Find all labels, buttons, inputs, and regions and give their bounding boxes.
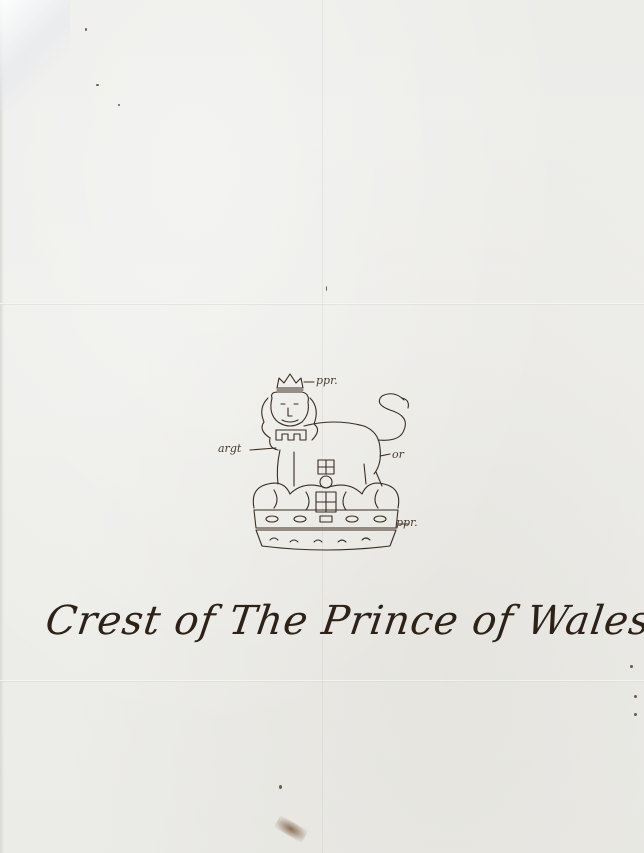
annotation-lion-body: or: [392, 448, 404, 461]
ink-speck: [630, 665, 633, 668]
lion-crown-crest-icon: [214, 368, 434, 568]
corner-crease: [0, 0, 70, 110]
annotation-collar: argt: [218, 442, 241, 455]
annotation-crown-top: ppr.: [316, 374, 338, 387]
ink-speck: [96, 84, 99, 86]
crest-illustration: ppr. argt or ppr.: [214, 368, 434, 568]
ink-speck: [279, 785, 282, 789]
ink-speck: [634, 695, 637, 698]
ink-speck: [326, 286, 327, 291]
document-caption: Crest of The Prince of Wales.: [43, 598, 644, 644]
ink-speck: [118, 104, 120, 106]
ink-speck: [634, 713, 637, 716]
ink-stain: [274, 815, 309, 843]
annotation-crown-base: ppr.: [396, 516, 418, 529]
paper-sheet: ppr. argt or ppr. Crest of The Prince of…: [0, 0, 644, 853]
ink-speck: [85, 28, 87, 31]
paper-edge: [0, 0, 4, 853]
